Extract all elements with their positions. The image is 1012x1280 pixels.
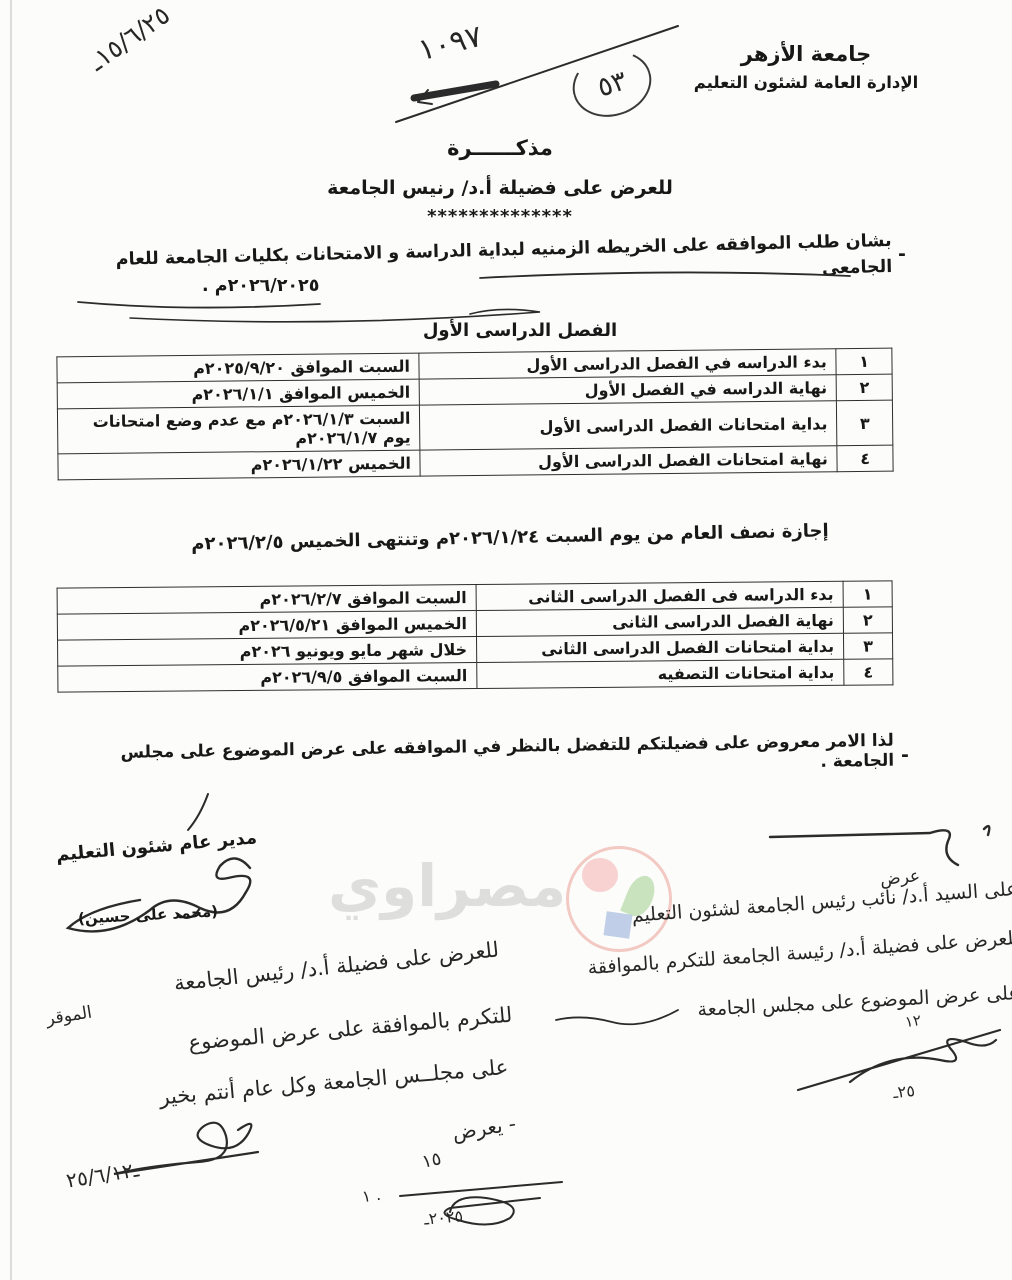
memo-title: مذكــــــرة [300, 136, 700, 160]
row-item: نهاية الفصل الدراسى الثانى [476, 607, 843, 636]
watermark-text: مصراوي [328, 852, 566, 920]
right-note-date-bottom: ٢٥ـ [892, 1081, 916, 1102]
row-value: السبت الموافق ٢٠٢٥/٩/٢٠م [57, 353, 420, 383]
bottom-center-signature [390, 1168, 570, 1233]
left-note-date: ـ٢٥/٦/١٢ [65, 1157, 141, 1192]
row-number: ٤ [837, 445, 893, 472]
row-number: ٢ [843, 607, 892, 633]
closing-dash: - [901, 744, 909, 766]
row-number: ٣ [843, 633, 892, 659]
watermark-logo [566, 846, 672, 952]
left-note-line1: للعرض على فضيلة أ.د/ رئيس الجامعة [28, 937, 500, 1010]
row-value: الخميس ٢٠٢٦/١/٢٢م [58, 450, 421, 480]
row-value: الخميس الموافق ٢٠٢٦/٥/٢١م [57, 610, 476, 640]
bottom-center-year: ٢٠٢٥ـ [423, 1206, 464, 1228]
department-name: الإدارة العامة لشئون التعليم [672, 73, 940, 92]
row-number: ١ [836, 348, 892, 375]
handwritten-corner-date: ١٥/٦/٢٥ـ [3, 0, 175, 133]
row-number: ٣ [837, 400, 893, 446]
row-item: بداية امتحانات الفصل الدراسى الثانى [476, 633, 843, 662]
bottom-center-word: - يعرض [451, 1111, 518, 1145]
pen-mark-top-right [760, 795, 1010, 870]
org-header: جامعة الأزهر الإدارة العامة لشئون التعلي… [672, 42, 940, 92]
row-item: بدء الدراسه فى الفصل الدراسى الثانى [476, 581, 843, 610]
semester1-title: الفصل الدراسى الأول [320, 320, 720, 341]
semester1-table: ١ بدء الدراسه في الفصل الدراسى الأول الس… [56, 348, 893, 481]
row-item: نهاية امتحانات الفصل الدراسى الأول [420, 446, 837, 476]
closing-line: لذا الامر معروض على فضيلتكم للتفضل بالنظ… [88, 731, 895, 784]
row-item: بداية امتحانات الفصل الدراسى الأول [420, 401, 837, 450]
row-item: بداية امتحانات التصفيه [477, 659, 844, 688]
university-name: جامعة الأزهر [672, 42, 940, 66]
left-note-line2: للتكرم بالموافقة على عرض الموضوع [68, 1003, 513, 1066]
checkmark-pen-stroke [182, 790, 222, 834]
scanned-memo-page: جامعة الأزهر الإدارة العامة لشئون التعلي… [0, 0, 1012, 1280]
midyear-break-line: إجازة نصف العام من يوم السبت ٢٠٢٦/١/٢٤م … [185, 520, 835, 555]
row-value: السبت الموافق ٢٠٢٦/٢/٧م [57, 584, 476, 614]
row-value: السبت الموافق ٢٠٢٦/٩/٥م [58, 662, 477, 692]
row-number: ٤ [844, 659, 893, 685]
bottom-center-small-number: . ١ [361, 1185, 382, 1206]
row-value: الخميس الموافق ٢٠٢٦/١/١م [57, 379, 420, 409]
scan-edge-artifact [10, 0, 12, 1280]
subject-underlines [70, 262, 910, 322]
row-value: السبت ٢٠٢٦/١/٣م مع عدم وضع امتحانات يوم … [57, 405, 420, 454]
row-value: خلال شهر مايو ويونيو ٢٠٢٦م [58, 636, 477, 666]
watermark-logo-pink-shape [582, 858, 618, 892]
addressee-line: للعرض على فضيلة أ.د/ رنيس الجامعة [250, 177, 750, 199]
row-number: ١ [843, 581, 892, 607]
row-number: ٢ [836, 374, 892, 401]
separator-asterisks: ************** [300, 206, 700, 227]
semester2-table: ١ بدء الدراسه فى الفصل الدراسى الثانى ال… [57, 580, 894, 692]
wavy-pen-tail [552, 1000, 682, 1040]
